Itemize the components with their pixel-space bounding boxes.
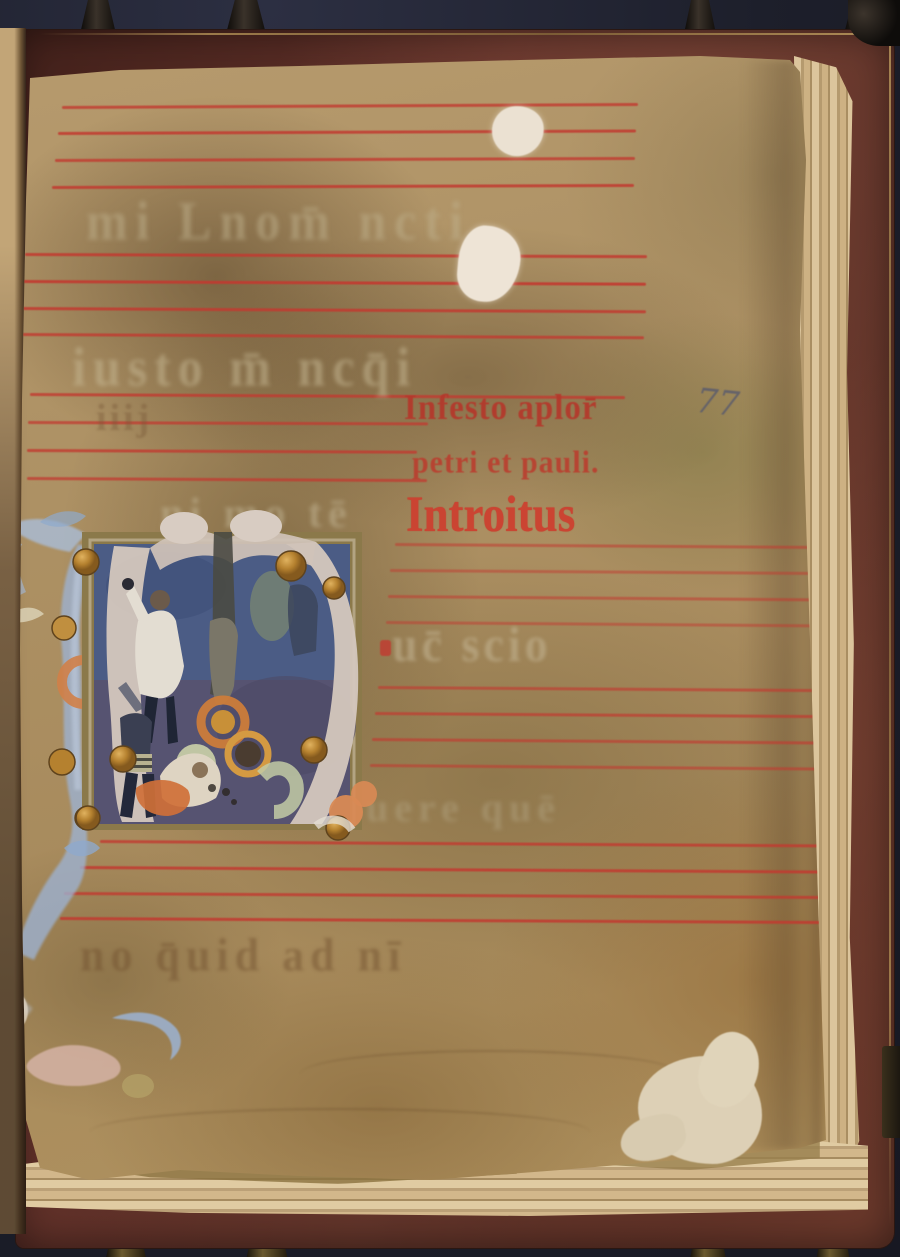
gold-piping bbox=[40, 33, 888, 35]
staff-line bbox=[370, 764, 852, 770]
binding-boss bbox=[226, 0, 266, 34]
staff-line bbox=[100, 840, 852, 847]
staff-line bbox=[27, 449, 417, 453]
rubric-saints-line: petri et pauli. bbox=[412, 445, 600, 481]
staff-line bbox=[22, 280, 646, 285]
rubric-feast-line: Infesto aplor̄ bbox=[404, 389, 598, 429]
staff-line bbox=[52, 184, 634, 189]
gold-bezant bbox=[323, 577, 345, 599]
folio-number: 77 bbox=[694, 381, 741, 425]
halo bbox=[211, 710, 235, 734]
parchment-page: mi Lnom̄ ncti iusto m̄ ncq̄i ni mo tē uc… bbox=[0, 0, 900, 1257]
staff-line bbox=[378, 686, 854, 692]
ghost-text-4: uc̄ scio bbox=[392, 616, 552, 673]
red-paragraph-mark bbox=[380, 640, 391, 656]
staff-line bbox=[25, 253, 647, 258]
ghost-text-2: iusto m̄ ncq̄i bbox=[72, 335, 417, 399]
manuscript-photo: mi Lnom̄ ncti iusto m̄ ncq̄i ni mo tē uc… bbox=[0, 0, 900, 1257]
staff-line bbox=[58, 129, 636, 134]
ghost-text-1: mi Lnom̄ ncti bbox=[86, 189, 471, 253]
ghost-tick-marks: iiij bbox=[96, 396, 152, 440]
staff-line bbox=[372, 738, 852, 744]
binding-boss bbox=[80, 0, 116, 34]
historiated-initial bbox=[76, 526, 368, 838]
gold-bezant bbox=[76, 806, 100, 830]
staff-line bbox=[388, 595, 853, 601]
gold-bezant bbox=[110, 746, 136, 772]
tree bbox=[250, 571, 294, 641]
severed-head bbox=[235, 741, 261, 767]
staff-line bbox=[395, 543, 853, 549]
gold-bezant bbox=[301, 737, 327, 763]
staff-line bbox=[375, 712, 853, 718]
ghost-text-5: uere quē bbox=[366, 784, 561, 831]
staff-line bbox=[27, 477, 427, 482]
binding-boss bbox=[684, 0, 716, 34]
staff-line bbox=[20, 307, 646, 313]
bystander-figure bbox=[288, 584, 318, 656]
gold-bezant bbox=[276, 551, 306, 581]
staff-line bbox=[55, 157, 635, 162]
rubric-introitus: Introitus bbox=[406, 485, 575, 543]
staff-line bbox=[390, 569, 852, 575]
gold-bezant bbox=[73, 549, 99, 575]
executioner-head bbox=[150, 590, 170, 610]
staff-line bbox=[62, 103, 638, 109]
clasp-fitting bbox=[882, 1046, 900, 1138]
staff-line bbox=[28, 421, 428, 425]
